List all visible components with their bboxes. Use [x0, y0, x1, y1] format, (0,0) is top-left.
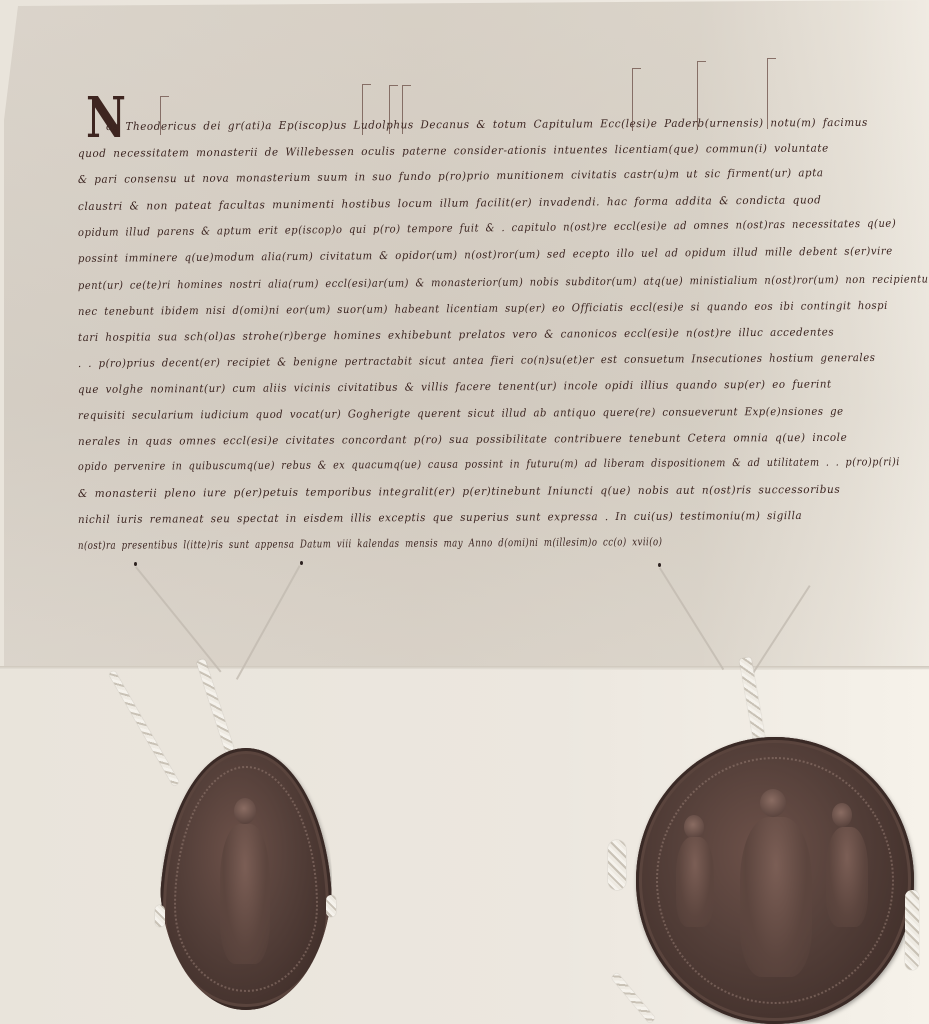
cord-hole [300, 561, 303, 565]
seal-cord-loop [326, 895, 336, 917]
bishop-mitre-head [234, 798, 256, 824]
seal-cord-loop [155, 905, 165, 927]
seal-cord-left [196, 659, 234, 753]
enthroned-figure [740, 817, 812, 977]
chapter-seal [636, 737, 914, 1024]
central-figure-head [760, 789, 786, 817]
seal-cord-left-outer [108, 670, 179, 786]
parchment-lower-edge [0, 666, 929, 669]
side-figure-head [684, 815, 704, 839]
seal-cord-loop [905, 890, 919, 970]
seal-cord-loop [608, 840, 626, 890]
decorated-initial: N [86, 90, 126, 146]
side-figure-head [832, 803, 852, 827]
document-photograph: N os Theodericus dei gr(ati)a Ep(iscop)u… [0, 0, 929, 1024]
seal-cord-right [739, 657, 767, 750]
side-figure-left [676, 837, 714, 927]
seal-cord-loose-end [611, 972, 656, 1023]
side-figure-right [826, 827, 868, 927]
bishop-figure [220, 824, 270, 964]
bishop-seal [160, 748, 332, 1010]
